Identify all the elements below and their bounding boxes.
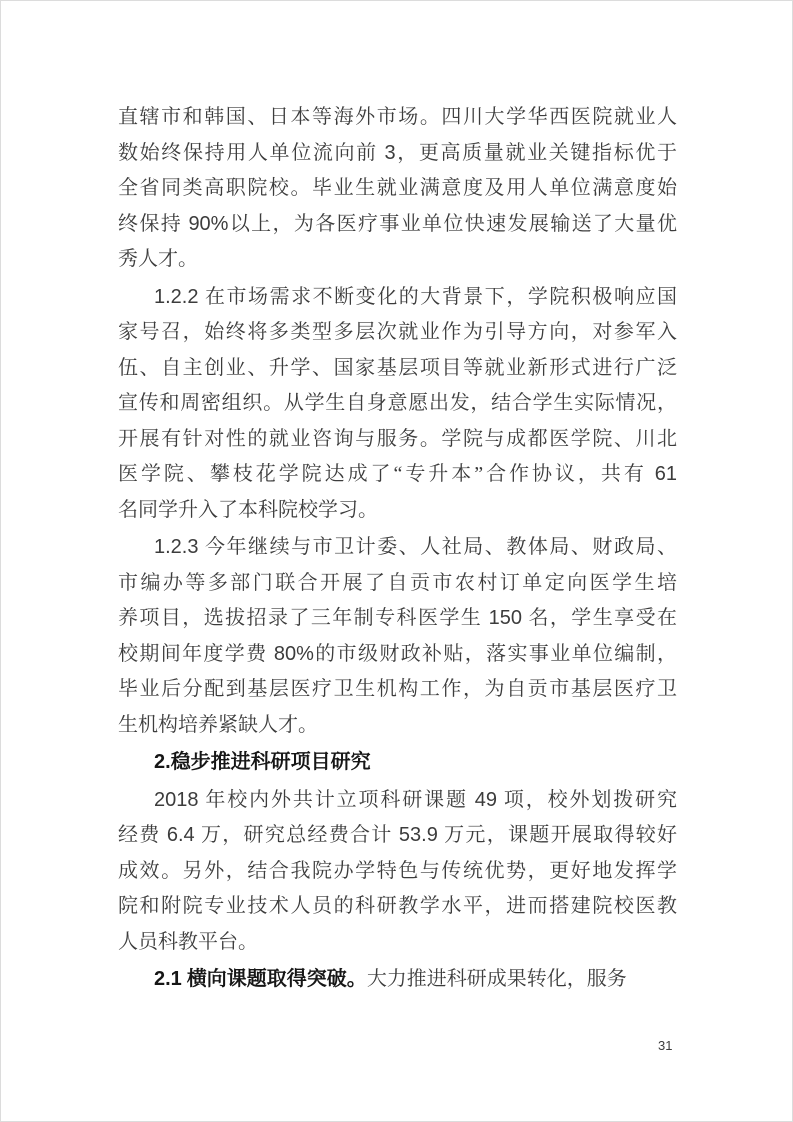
text-run: 开展有针对性的就业咨询与服务。学院与成都医学院、川北 [118, 428, 677, 450]
text-line: 成效。另外，结合我院办学特色与传统优势，更好地发挥学 [118, 854, 677, 890]
number-run: 1.2.3 [154, 536, 198, 558]
text-run: 医学院、攀枝花学院达成了“专升本”合作协议，共有 [118, 463, 655, 485]
text-line: 直辖市和韩国、日本等海外市场。四川大学华西医院就业人 [118, 100, 677, 136]
text-run: 万，研究总经费合计 [195, 824, 399, 846]
paragraph-5: 2018 年校内外共计立项科研课题 49 项，校外划拨研究经费 6.4 万，研究… [118, 783, 677, 961]
text-line: 终保持 90%以上，为各医疗事业单位快速发展输送了大量优 [118, 207, 677, 243]
text-run: 项，校外划拨研究 [497, 789, 677, 811]
text-line: 全省同类高职院校。毕业生就业满意度及用人单位满意度始 [118, 171, 677, 207]
text-run: 院和附院专业技术人员的科研教学水平，进而搭建院校医教 [118, 895, 677, 917]
text-run: 的市级财政补贴，落实事业单位编制， [314, 643, 677, 665]
text-line: 医学院、攀枝花学院达成了“专升本”合作协议，共有 61 [118, 457, 677, 493]
number-run: 2.1 [154, 968, 182, 990]
number-run: 6.4 [167, 824, 195, 846]
text-run: 经费 [118, 824, 167, 846]
text-run: 万元，课题开展取得较好 [438, 824, 677, 846]
number-run: 1.2.2 [154, 286, 198, 308]
text-run: 毕业后分配到基层医疗卫生机构工作，为自贡市基层医疗卫 [118, 678, 677, 700]
number-run: 53.9 [399, 824, 438, 846]
paragraph-3: 1.2.3 今年继续与市卫计委、人社局、教体局、财政局、市编办等多部门联合开展了… [118, 530, 677, 743]
text-run: 名同学升入了本科院校学习。 [118, 499, 378, 521]
text-line: 开展有针对性的就业咨询与服务。学院与成都医学院、川北 [118, 422, 677, 458]
text-line: 2.稳步推进科研项目研究 [118, 745, 677, 781]
text-run: 大力推进科研成果转化，服务 [367, 968, 627, 990]
text-line: 伍、自主创业、升学、国家基层项目等就业新形式进行广泛 [118, 351, 677, 387]
text-line: 宣传和周密组织。从学生自身意愿出发，结合学生实际情况， [118, 386, 677, 422]
text-line: 1.2.3 今年继续与市卫计委、人社局、教体局、财政局、 [118, 530, 677, 566]
text-run: 养项目，选拔招录了三年制专科医学生 [118, 607, 489, 629]
text-run: 人员科教平台。 [118, 931, 258, 953]
text-line: 市编办等多部门联合开展了自贡市农村订单定向医学生培 [118, 566, 677, 602]
text-line: 秀人才。 [118, 242, 677, 278]
number-run: 2. [154, 751, 171, 773]
text-line: 人员科教平台。 [118, 925, 677, 961]
text-run: 秀人才。 [118, 248, 198, 270]
text-run: 今年继续与市卫计委、人社局、教体局、财政局、 [198, 536, 677, 558]
text-run: 生机构培养紧缺人才。 [118, 714, 318, 736]
text-run: 稳步推进科研项目研究 [171, 751, 371, 773]
text-run: 在市场需求不断变化的大背景下，学院积极响应国 [198, 286, 677, 308]
number-run: 2018 [154, 789, 199, 811]
text-line: 名同学升入了本科院校学习。 [118, 493, 677, 529]
text-run: 伍、自主创业、升学、国家基层项目等就业新形式进行广泛 [118, 357, 677, 379]
text-line: 2.1 横向课题取得突破。大力推进科研成果转化，服务 [118, 962, 677, 998]
text-line: 毕业后分配到基层医疗卫生机构工作，为自贡市基层医疗卫 [118, 672, 677, 708]
number-run: 90% [188, 213, 228, 235]
number-run: 49 [475, 789, 497, 811]
text-run: 成效。另外，结合我院办学特色与传统优势，更好地发挥学 [118, 860, 677, 882]
text-line: 1.2.2 在市场需求不断变化的大背景下，学院积极响应国 [118, 280, 677, 316]
text-line: 经费 6.4 万，研究总经费合计 53.9 万元，课题开展取得较好 [118, 818, 677, 854]
text-line: 养项目，选拔招录了三年制专科医学生 150 名，学生享受在 [118, 601, 677, 637]
document-body: 直辖市和韩国、日本等海外市场。四川大学华西医院就业人数始终保持用人单位流向前 3… [118, 100, 677, 1000]
text-line: 校期间年度学费 80%的市级财政补贴，落实事业单位编制， [118, 637, 677, 673]
text-run: 终保持 [118, 213, 188, 235]
section-heading: 2.稳步推进科研项目研究 [118, 745, 677, 781]
number-run: 3 [384, 142, 395, 164]
text-line: 家号召，始终将多类型多层次就业作为引导方向，对参军入 [118, 315, 677, 351]
page-number: 31 [658, 1038, 672, 1053]
text-run: 年校内外共计立项科研课题 [199, 789, 475, 811]
text-run: 数始终保持用人单位流向前 [118, 142, 384, 164]
document-page: 直辖市和韩国、日本等海外市场。四川大学华西医院就业人数始终保持用人单位流向前 3… [0, 0, 793, 1122]
text-run: 市编办等多部门联合开展了自贡市农村订单定向医学生培 [118, 572, 677, 594]
paragraph-6: 2.1 横向课题取得突破。大力推进科研成果转化，服务 [118, 962, 677, 998]
text-run: 直辖市和韩国、日本等海外市场。四川大学华西医院就业人 [118, 106, 677, 128]
text-line: 2018 年校内外共计立项科研课题 49 项，校外划拨研究 [118, 783, 677, 819]
text-run: 校期间年度学费 [118, 643, 274, 665]
paragraph-1: 直辖市和韩国、日本等海外市场。四川大学华西医院就业人数始终保持用人单位流向前 3… [118, 100, 677, 278]
number-run: 150 [489, 607, 522, 629]
text-run: 名，学生享受在 [522, 607, 677, 629]
text-run: 家号召，始终将多类型多层次就业作为引导方向，对参军入 [118, 321, 677, 343]
text-run: ，更高质量就业关键指标优于 [396, 142, 677, 164]
text-run: 以上，为各医疗事业单位快速发展输送了大量优 [228, 213, 677, 235]
text-line: 院和附院专业技术人员的科研教学水平，进而搭建院校医教 [118, 889, 677, 925]
text-line: 数始终保持用人单位流向前 3，更高质量就业关键指标优于 [118, 136, 677, 172]
text-run: 宣传和周密组织。从学生自身意愿出发，结合学生实际情况， [118, 392, 677, 414]
text-line: 生机构培养紧缺人才。 [118, 708, 677, 744]
number-run: 61 [655, 463, 677, 485]
paragraph-2: 1.2.2 在市场需求不断变化的大背景下，学院积极响应国家号召，始终将多类型多层… [118, 280, 677, 529]
text-run: 全省同类高职院校。毕业生就业满意度及用人单位满意度始 [118, 177, 677, 199]
number-run: 80% [274, 643, 314, 665]
text-run: 横向课题取得突破。 [182, 968, 367, 990]
